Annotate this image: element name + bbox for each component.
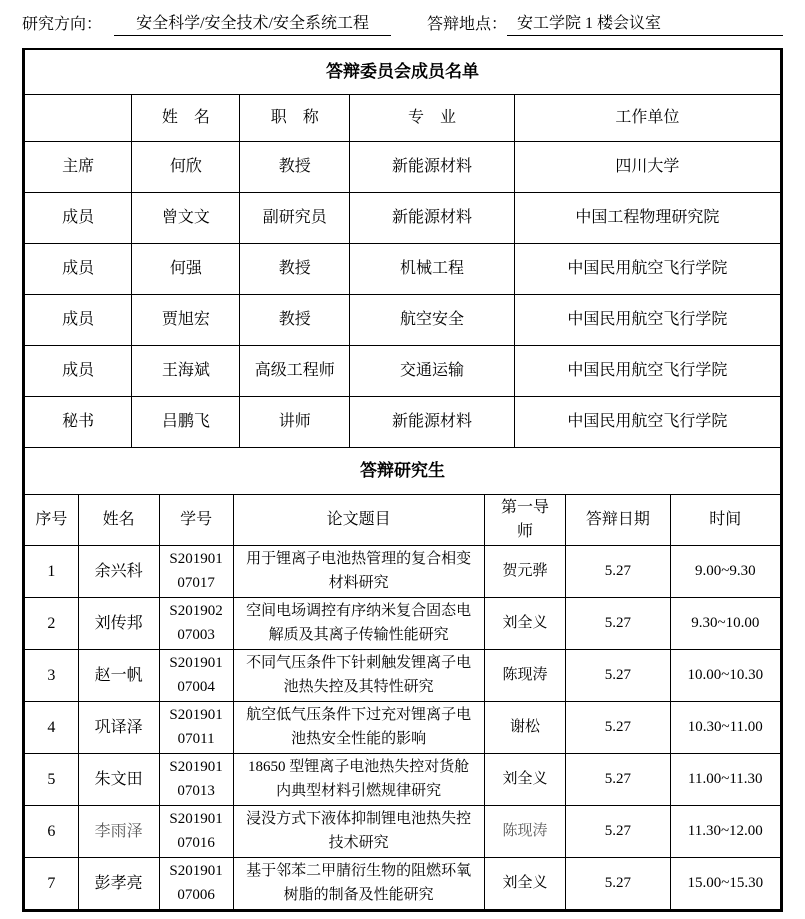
committee-row: 成员 何强 教授 机械工程 中国民用航空飞行学院 — [25, 243, 781, 294]
student-cell-thesis: 18650 型锂离子电池热失控对货舱内典型材料引燃规律研究 — [233, 754, 484, 806]
research-direction-value: 安全科学/安全技术/安全系统工程 — [114, 10, 391, 36]
students-table: 答辩研究生 序号 姓名 学号 论文题目 第一导师 答辩日期 时间 1 余兴科 S… — [24, 448, 781, 911]
committee-cell-name: 贾旭宏 — [132, 294, 240, 345]
committee-header-name: 姓 名 — [132, 94, 240, 141]
students-title-row: 答辩研究生 — [25, 448, 781, 495]
committee-cell-role: 成员 — [25, 192, 132, 243]
committee-row: 秘书 吕鹏飞 讲师 新能源材料 中国民用航空飞行学院 — [25, 396, 781, 447]
committee-cell-name: 曾文文 — [132, 192, 240, 243]
student-cell-supervisor: 贺元骅 — [484, 546, 566, 598]
student-cell-id: S20190107016 — [159, 806, 233, 858]
committee-cell-name: 何强 — [132, 243, 240, 294]
committee-cell-role: 成员 — [25, 243, 132, 294]
committee-cell-name: 吕鹏飞 — [132, 396, 240, 447]
students-header-time: 时间 — [670, 495, 780, 546]
student-cell-no: 7 — [25, 858, 79, 910]
committee-cell-role: 成员 — [25, 345, 132, 396]
student-cell-no: 3 — [25, 650, 79, 702]
student-cell-name: 李雨泽 — [78, 806, 159, 858]
student-cell-no: 5 — [25, 754, 79, 806]
students-header-supervisor: 第一导师 — [484, 495, 566, 546]
student-row: 6 李雨泽 S20190107016 浸没方式下液体抑制锂电池热失控技术研究 陈… — [25, 806, 781, 858]
committee-header-row: 姓 名 职 称 专 业 工作单位 — [25, 94, 781, 141]
committee-cell-title: 讲师 — [240, 396, 350, 447]
student-cell-id: S20190107011 — [159, 702, 233, 754]
student-cell-time: 15.00~15.30 — [670, 858, 780, 910]
committee-cell-unit: 中国民用航空飞行学院 — [514, 345, 780, 396]
student-cell-thesis: 不同气压条件下针刺触发锂离子电池热失控及其特性研究 — [233, 650, 484, 702]
student-cell-time: 10.00~10.30 — [670, 650, 780, 702]
committee-cell-role: 秘书 — [25, 396, 132, 447]
students-header-thesis: 论文题目 — [233, 495, 484, 546]
committee-cell-major: 新能源材料 — [350, 141, 515, 192]
student-cell-id: S20190107013 — [159, 754, 233, 806]
student-cell-date: 5.27 — [566, 546, 670, 598]
committee-cell-major: 新能源材料 — [350, 192, 515, 243]
student-cell-id: S20190207003 — [159, 598, 233, 650]
committee-cell-title: 教授 — [240, 141, 350, 192]
committee-header-role — [25, 94, 132, 141]
committee-cell-major: 机械工程 — [350, 243, 515, 294]
student-cell-supervisor: 陈现涛 — [484, 806, 566, 858]
committee-cell-major: 航空安全 — [350, 294, 515, 345]
student-cell-thesis: 空间电场调控有序纳米复合固态电解质及其离子传输性能研究 — [233, 598, 484, 650]
committee-cell-major: 交通运输 — [350, 345, 515, 396]
student-cell-date: 5.27 — [566, 598, 670, 650]
committee-cell-title: 教授 — [240, 243, 350, 294]
student-row: 2 刘传邦 S20190207003 空间电场调控有序纳米复合固态电解质及其离子… — [25, 598, 781, 650]
committee-cell-unit: 中国工程物理研究院 — [514, 192, 780, 243]
committee-cell-name: 何欣 — [132, 141, 240, 192]
committee-row: 成员 王海斌 高级工程师 交通运输 中国民用航空飞行学院 — [25, 345, 781, 396]
committee-row: 成员 曾文文 副研究员 新能源材料 中国工程物理研究院 — [25, 192, 781, 243]
committee-title: 答辩委员会成员名单 — [25, 50, 781, 94]
committee-row: 主席 何欣 教授 新能源材料 四川大学 — [25, 141, 781, 192]
student-row: 4 巩译泽 S20190107011 航空低气压条件下过充对锂离子电池热安全性能… — [25, 702, 781, 754]
student-cell-no: 1 — [25, 546, 79, 598]
student-cell-time: 10.30~11.00 — [670, 702, 780, 754]
student-cell-time: 9.30~10.00 — [670, 598, 780, 650]
committee-header-major: 专 业 — [350, 94, 515, 141]
student-cell-no: 2 — [25, 598, 79, 650]
committee-row: 成员 贾旭宏 教授 航空安全 中国民用航空飞行学院 — [25, 294, 781, 345]
student-cell-name: 彭孝亮 — [78, 858, 159, 910]
committee-cell-unit: 四川大学 — [514, 141, 780, 192]
committee-cell-title: 高级工程师 — [240, 345, 350, 396]
student-cell-time: 11.00~11.30 — [670, 754, 780, 806]
student-cell-name: 赵一帆 — [78, 650, 159, 702]
defense-location-value: 安工学院 1 楼会议室 — [507, 10, 783, 36]
student-row: 7 彭孝亮 S20190107006 基于邻苯二甲腈衍生物的阻燃环氧树脂的制备及… — [25, 858, 781, 910]
student-row: 1 余兴科 S20190107017 用于锂离子电池热管理的复合相变材料研究 贺… — [25, 546, 781, 598]
committee-cell-major: 新能源材料 — [350, 396, 515, 447]
student-cell-date: 5.27 — [566, 858, 670, 910]
committee-cell-name: 王海斌 — [132, 345, 240, 396]
committee-cell-title: 教授 — [240, 294, 350, 345]
student-cell-thesis: 用于锂离子电池热管理的复合相变材料研究 — [233, 546, 484, 598]
student-cell-name: 巩译泽 — [78, 702, 159, 754]
students-title: 答辩研究生 — [25, 448, 781, 495]
students-header-no: 序号 — [25, 495, 79, 546]
student-cell-id: S20190107017 — [159, 546, 233, 598]
committee-cell-unit: 中国民用航空飞行学院 — [514, 294, 780, 345]
student-row: 5 朱文田 S20190107013 18650 型锂离子电池热失控对货舱内典型… — [25, 754, 781, 806]
students-header-row: 序号 姓名 学号 论文题目 第一导师 答辩日期 时间 — [25, 495, 781, 546]
student-row: 3 赵一帆 S20190107004 不同气压条件下针刺触发锂离子电池热失控及其… — [25, 650, 781, 702]
committee-table: 答辩委员会成员名单 姓 名 职 称 专 业 工作单位 主席 何欣 教授 新能源材… — [24, 50, 781, 448]
student-cell-id: S20190107006 — [159, 858, 233, 910]
committee-cell-title: 副研究员 — [240, 192, 350, 243]
student-cell-date: 5.27 — [566, 702, 670, 754]
committee-cell-role: 成员 — [25, 294, 132, 345]
student-cell-no: 6 — [25, 806, 79, 858]
student-cell-no: 4 — [25, 702, 79, 754]
student-cell-name: 刘传邦 — [78, 598, 159, 650]
topline: 研究方向： 安全科学/安全技术/安全系统工程 答辩地点： 安工学院 1 楼会议室 — [22, 6, 783, 36]
student-cell-supervisor: 陈现涛 — [484, 650, 566, 702]
student-cell-id: S20190107004 — [159, 650, 233, 702]
student-cell-supervisor: 谢松 — [484, 702, 566, 754]
student-cell-name: 余兴科 — [78, 546, 159, 598]
student-cell-time: 9.00~9.30 — [670, 546, 780, 598]
student-cell-supervisor: 刘全义 — [484, 598, 566, 650]
document-page: 研究方向： 安全科学/安全技术/安全系统工程 答辩地点： 安工学院 1 楼会议室… — [0, 0, 805, 912]
student-cell-supervisor: 刘全义 — [484, 754, 566, 806]
student-cell-name: 朱文田 — [78, 754, 159, 806]
committee-cell-role: 主席 — [25, 141, 132, 192]
student-cell-thesis: 航空低气压条件下过充对锂离子电池热安全性能的影响 — [233, 702, 484, 754]
committee-header-unit: 工作单位 — [514, 94, 780, 141]
committee-cell-unit: 中国民用航空飞行学院 — [514, 243, 780, 294]
committee-cell-unit: 中国民用航空飞行学院 — [514, 396, 780, 447]
student-cell-date: 5.27 — [566, 806, 670, 858]
students-header-name: 姓名 — [78, 495, 159, 546]
committee-header-title: 职 称 — [240, 94, 350, 141]
student-cell-date: 5.27 — [566, 754, 670, 806]
defense-location-label: 答辩地点： — [427, 11, 507, 36]
students-header-date: 答辩日期 — [566, 495, 670, 546]
research-direction-label: 研究方向： — [22, 11, 102, 36]
student-cell-time: 11.30~12.00 — [670, 806, 780, 858]
student-cell-thesis: 基于邻苯二甲腈衍生物的阻燃环氧树脂的制备及性能研究 — [233, 858, 484, 910]
student-cell-supervisor: 刘全义 — [484, 858, 566, 910]
student-cell-date: 5.27 — [566, 650, 670, 702]
student-cell-thesis: 浸没方式下液体抑制锂电池热失控技术研究 — [233, 806, 484, 858]
committee-title-row: 答辩委员会成员名单 — [25, 50, 781, 94]
students-header-id: 学号 — [159, 495, 233, 546]
tables-wrap: 答辩委员会成员名单 姓 名 职 称 专 业 工作单位 主席 何欣 教授 新能源材… — [22, 48, 783, 912]
